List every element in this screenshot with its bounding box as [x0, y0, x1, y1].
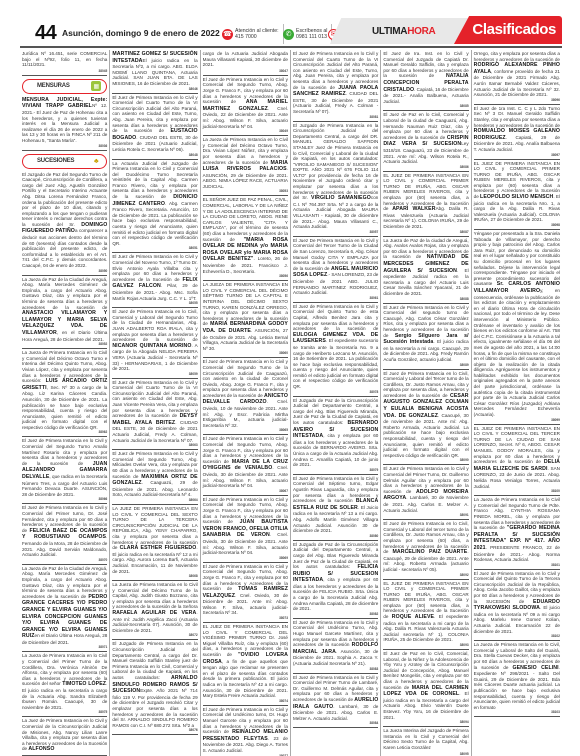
classified-ad: El Juez de Primera Instancia en lo Civil… — [383, 370, 468, 466]
page-header: 44 Asunción, domingo 9 de enero de 2022 … — [0, 0, 580, 46]
ad-code: 38074 — [203, 699, 288, 703]
ad-code: 38061 — [293, 296, 378, 300]
decedent-name: GENESIO CELINI — [512, 665, 558, 671]
ad-text-continued: y, en consecuencia, ordénase la publicac… — [474, 288, 560, 417]
classified-ad: Yéngase por presentado a la Sra. Daniela… — [474, 230, 560, 425]
classified-ad: El Juez de Ira. Inst. en lo Civil y Come… — [383, 50, 468, 111]
ad-code: 38073 — [203, 616, 288, 620]
ad-code: 38068 — [112, 574, 197, 578]
ad-code: 38062 — [22, 430, 107, 434]
classified-ad: EL JUEZ DE PRIMERA INSTANCIA EN LO CIVIL… — [203, 623, 288, 706]
page-number: 44 — [35, 22, 56, 45]
classified-ad: El Juez de Primera Instancia en lo Civil… — [203, 563, 288, 623]
classified-ad: El Juez de Primera Instancia en lo Civil… — [203, 496, 288, 563]
family-icon: ♣ — [91, 156, 101, 166]
classified-ad: La Jueza de Paz de la Ciudad de Areguá, … — [22, 276, 107, 350]
classified-ad: El Juez de Primera Instancia en lo Civil… — [203, 435, 288, 495]
ad-text: Jurídica Nº 16.451, serie COMERCIAL bajo… — [22, 51, 107, 67]
classified-ad: El Juez de Primera Instancia en lo Civil… — [474, 570, 560, 642]
classified-ad: El Juzgado de Primera Instancia en la Ci… — [112, 640, 197, 735]
ad-code: 38102 — [474, 634, 560, 638]
classified-ad: El Juzgado de Paz del Segundo Turno de C… — [22, 171, 107, 276]
ad-code: 38088 — [383, 297, 468, 301]
classified-ad: El Juez de Primera Instancia en lo Civil… — [203, 358, 288, 435]
classifieds-columns: Jurídica Nº 16.451, serie COMERCIAL bajo… — [20, 50, 562, 756]
ad-text: El Juez de Primera Instancia en lo Civil… — [112, 309, 197, 342]
ad-text-continued: . Expediente Nº 298/2021 - Salto Del Gua… — [474, 665, 560, 710]
ad-text: La Jueza Interina del Juzgado de Primera… — [383, 728, 468, 750]
ad-code: 38081 — [293, 115, 378, 119]
classified-ad: El Juez de Primera Instancia en lo Civil… — [293, 674, 378, 729]
ad-code: 38056 — [203, 274, 288, 278]
ad-code: 38093 — [383, 643, 468, 647]
decedent-name: TIMOTEO LÓPEZ — [62, 681, 106, 687]
ad-code: 38103 — [474, 710, 560, 714]
classified-ad: El Juez de Primera Instancia en lo Civil… — [203, 706, 288, 756]
ad-code: 38045 — [22, 69, 107, 73]
ad-code: 38059 — [112, 372, 197, 376]
classified-ad: El Juez de Primera Instancia en lo Civil… — [383, 304, 468, 370]
ad-code: 38086 — [383, 165, 468, 169]
ad-code: 38101 — [474, 563, 560, 567]
decedent-name: MARCELINO PAIZ DUARTE — [392, 549, 467, 555]
ad-code: 38066 — [22, 497, 107, 501]
classified-ad: El Juzgado de Paz de la Circunscripción … — [293, 397, 378, 475]
ad-code: 38090 — [383, 458, 468, 462]
ad-code: 38089 — [383, 363, 468, 367]
ad-text: cargo de la Actuaria Judicial Abogada Ma… — [203, 51, 288, 67]
section-banner: Clasificados — [454, 16, 562, 44]
section-header-sucesiones: SUCESIONES♣ — [22, 154, 107, 169]
classified-ad: EL JUEZ DE PRIMERA INSTANCIA EN LO CIVIL… — [383, 172, 468, 237]
classified-ad: La Jueza de Primera Instancia en lo Civi… — [474, 496, 560, 570]
ad-text-continued: , a fin de que aquellos que tengan algo … — [203, 659, 288, 699]
ad-code: 38063 — [112, 443, 197, 447]
classified-ad: MENSURA JUDICIAL, Expte: VIVIANI TRAPP G… — [22, 96, 107, 151]
ad-code: 38069 — [203, 556, 288, 560]
ad-code: 38100 — [474, 489, 560, 493]
ad-code: 38083 — [293, 667, 378, 671]
ad-text: LA JUEZ DE PRIMERA INSTANCIA EN LO CIVIL… — [112, 506, 197, 550]
whatsapp-icon: ✆ — [283, 29, 294, 40]
ad-code: 38065 — [203, 428, 288, 432]
classified-ad: El Juez de Paz en lo Civil, Comercial, L… — [383, 650, 468, 727]
ad-code: 38087 — [383, 230, 468, 234]
column-1: Jurídica Nº 16.451, serie COMERCIAL bajo… — [20, 50, 110, 756]
section-label: SUCESIONES — [37, 158, 74, 164]
classified-ad: El Juez de Primera Instancia en lo Civil… — [383, 465, 468, 520]
classified-ad: El Juez de Paz en lo Civil, Comercial y … — [383, 111, 468, 171]
classified-ad: El Juez de Primera Instancia en lo Civil… — [112, 379, 197, 451]
brand-banner: ULTIMAHORA Clasificados — [330, 16, 562, 44]
ad-code: 38078 — [293, 390, 378, 394]
ad-code: 38051 — [112, 246, 197, 250]
classified-ad: Jurídica Nº 16.451, serie COMERCIAL bajo… — [22, 50, 107, 76]
ad-code: 38080 — [293, 534, 378, 538]
classified-ad: El Juez De Primera Instancia en lo Civil… — [293, 237, 378, 303]
ad-code: 38085 — [383, 104, 468, 108]
ultimahora-logo: ULTIMAHORA — [372, 26, 435, 37]
section-header-mensuras: MENSURAS▦ — [22, 79, 107, 94]
decedent-name: ALFONSO — [28, 746, 54, 752]
customer-service-contact[interactable]: ☎ Atención al cliente: 415 7000 — [222, 24, 284, 44]
classified-ad: El Juez de Primera Instancia en lo Civil… — [293, 475, 378, 541]
ad-text: La Jueza de Primera Instancia en lo Civi… — [112, 582, 197, 609]
classified-ad: El Juez de Primera Instancia en lo Civil… — [112, 253, 197, 308]
ad-text-continued: . Caacupé, 30 de noviembre de 2021. Ante… — [383, 413, 468, 458]
decedent-name: VIRGILIO SAMANIEGO — [311, 195, 371, 201]
classified-ad: La Jueza de Primera Instancia en lo Civi… — [203, 136, 288, 196]
classified-ad: EL SEÑOR JUEZ DE PAZ PENAL, CIVIL, COMER… — [203, 196, 288, 281]
classified-ad: Orrego, cita y emplaza por sesenta días … — [474, 50, 560, 105]
classified-ad: La Juez de Primera Instancia en lo Civil… — [22, 717, 107, 756]
decedent-name: CLARA ESTHER FIGUEREDO — [120, 545, 197, 551]
column-4: El Juez de Primera Instancia en lo Civil… — [291, 50, 381, 756]
classified-ad: La Jueza de Paz de la Ciudad de Areguá, … — [22, 565, 107, 653]
ad-text-continued: en el Diario Última Hora Areguá, 28 de D… — [22, 633, 107, 645]
ad-code: 38072 — [112, 633, 197, 637]
ad-code: 38098 — [474, 223, 560, 227]
ad-text-continued: a comparecer a deducir sus acciones dent… — [22, 228, 107, 268]
ad-text: Yéngase por presentado a la Sra. Daniela… — [474, 231, 560, 286]
ad-code: 38082 — [293, 612, 378, 616]
classified-ad: LA JUEZA DE PRIMERA INSTANCIA EN LO CIVI… — [203, 281, 288, 358]
column-6: Orrego, cita y emplaza por sesenta días … — [472, 50, 562, 756]
classified-ad: El Juez de Primera Instancia en lo Civil… — [293, 50, 378, 122]
ad-text: El Juzgado de Paz del Segundo Turno de C… — [22, 172, 107, 227]
column-3: cargo de la Actuaria Judicial Abogada Ma… — [201, 50, 291, 756]
ad-text-continued: . Abg. Carmen Franco Rivero, Secretaria.… — [112, 201, 197, 246]
ad-code: 38050 — [22, 269, 107, 273]
classified-ad: El Juez de Primera Instancia en lo Civil… — [383, 520, 468, 579]
classified-ad: La Jueza de Paz de la ciudad de Areguá, … — [383, 237, 468, 304]
classified-ad: La Jueza Interina del Juzgado de Primera… — [383, 727, 468, 756]
ad-text-continued: . El expediente sucesorio se tramita ant… — [293, 338, 378, 389]
ad-text-continued: Expte. Año 2021 Nº 714 folio 119 V. Por … — [112, 688, 197, 728]
column-5: El Juez de Ira. Inst. en lo Civil y Come… — [381, 50, 471, 756]
ad-code: 38084 — [293, 721, 378, 725]
ad-code: 38095 — [383, 752, 468, 756]
ad-code: 38046 — [112, 87, 197, 91]
decedent-name: LEOPOLDO SILVIO MENSCH — [480, 194, 553, 200]
classified-ad: LA JUEZ DE PRIMERA INSTANCIA EN LO CIVIL… — [112, 505, 197, 581]
ad-code: 38036 — [22, 144, 107, 148]
ad-code: 38070 — [22, 558, 107, 562]
classified-ad: El Juez de 1ra Inst. C. C y L 2do Turno … — [474, 105, 560, 160]
ad-text-continued: , Sec. Nº 30 a cargo de la Abog. Liz Kar… — [22, 385, 107, 430]
ad-code: 38047 — [203, 69, 288, 73]
section-label: MENSURAS — [37, 83, 70, 89]
classified-ad: La Jueza de Primera Instancia en lo Civi… — [22, 349, 107, 437]
classified-ad: El Juzgado de Primera Instancia en la Ci… — [293, 122, 378, 237]
ad-text: El Juez de Primera Instancia en lo Civil… — [293, 304, 378, 331]
classified-ad: El Juez de Primera Instancia en lo Civil… — [112, 450, 197, 505]
ad-code: 38057 — [293, 230, 378, 234]
decedent-name: FELICIA BAEZ DE OCAMPOS Y ROBUSTIANO OCA… — [22, 528, 107, 541]
ad-text-continued: Nº 12. 2021.- El Juez de Paz de Hohenau … — [22, 103, 107, 143]
classified-ad: La Jueza de Primera Instancia en lo Civi… — [112, 581, 197, 640]
ad-code: 38071 — [22, 645, 107, 649]
classified-ad: El Juez de Primera Instancia en lo Civil… — [22, 504, 107, 564]
ad-code: 38079 — [293, 468, 378, 472]
contact-whatsapp[interactable]: 0981 111 013 — [296, 34, 327, 40]
header-divider — [20, 46, 562, 48]
classified-ad: MARTINEZ GOMEZ S/ SUCESIÓN INTESTADAEl j… — [112, 50, 197, 94]
ad-code: 38097 — [474, 153, 560, 157]
classified-ad: La Jueza de Primera Instancia en lo Civi… — [22, 652, 107, 717]
classified-ad: EL JUEZ DE PRIMERA INSTANCIA EN LO CIVIL… — [474, 425, 560, 497]
section-title: Clasificados — [472, 21, 556, 38]
ad-code: 38075 — [22, 710, 107, 714]
ad-code: 38049 — [203, 129, 288, 133]
classified-ad: El Juzgado de Paz de la Circunscripción … — [293, 541, 378, 619]
ad-code: 38067 — [203, 489, 288, 493]
classified-ad: El Juez de Primera Instancia en lo Civil… — [203, 76, 288, 136]
classified-ad: La Actuaria Judicial del Juzgado de Prim… — [112, 160, 197, 254]
ad-code: 38048 — [112, 153, 197, 157]
ad-code: 38092 — [383, 573, 468, 577]
ad-code: 38091 — [383, 513, 468, 517]
classified-ad: cargo de la Actuaria Judicial Abogada Ma… — [203, 50, 288, 76]
classified-ad: El Juez de Primera Instancia en lo Civil… — [293, 619, 378, 674]
ad-text-continued: . PRESIDENTE FRANCO, 22 de Diciembre de … — [474, 545, 560, 562]
phone-icon: ☎ — [222, 29, 233, 40]
classified-ad: EL JUEZ DE PRIMERA INSTANCIA EN LO CIVIL… — [383, 580, 468, 651]
ad-code: 38055 — [112, 301, 197, 305]
decedent-name: APARI WALKER — [392, 206, 435, 212]
classified-ad: El Juez de Primera Instancia en lo Civil… — [112, 308, 197, 379]
ad-code: 38052 — [22, 342, 107, 346]
classified-ad: El Juez de Primera Instancia en lo Civil… — [22, 437, 107, 504]
decedent-name: ROQUE ALIEVE — [392, 614, 434, 620]
classified-ad: El Juez de Primera Instancia en lo Civil… — [293, 303, 378, 397]
ad-code: 38053 — [203, 189, 288, 193]
ad-code: 38094 — [383, 720, 468, 724]
map-icon: ▦ — [91, 81, 101, 91]
ad-text: Orrego, cita y emplaza por sesenta días … — [474, 51, 560, 62]
ad-code: 38099 — [474, 418, 560, 422]
decedent-name: NICANOR QUINTANA MORINO — [112, 343, 191, 349]
classified-ad: El Juez de Primera Instancia en lo Civil… — [112, 94, 197, 160]
publication-date: Asunción, domingo 9 de enero de 2022 — [62, 28, 220, 38]
ad-code: 38064 — [112, 498, 197, 502]
decedent-name: RAFAELA AGUILAR DE VERA — [112, 610, 196, 616]
classified-ad: La Jueza de Primera Instancia en lo Civi… — [474, 641, 560, 717]
ad-code: 38060 — [203, 351, 288, 355]
ad-text: LA JUEZA DE PRIMERA INSTANCIA EN LO CIVI… — [203, 282, 288, 326]
ad-code: 38096 — [474, 98, 560, 102]
ad-text: La Jueza de Paz de la Ciudad de Areguá, … — [22, 277, 107, 310]
classified-ad: EL JUEZ DE PRIMERA INSTANCIA EN LO CIVIL… — [474, 160, 560, 231]
whatsapp-contact[interactable]: ✆ Escríbenos al 0981 111 013 — [283, 24, 332, 44]
ad-code: 38076 — [112, 728, 197, 732]
column-2: MARTINEZ GOMEZ S/ SUCESIÓN INTESTADAEl j… — [110, 50, 200, 756]
ad-text: El Juzgado de Primera Instancia en la Ci… — [293, 123, 378, 201]
ad-text: EL SEÑOR JUEZ DE PAZ PENAL, CIVIL, COMER… — [203, 197, 288, 241]
contact-phone[interactable]: 415 7000 — [235, 34, 257, 40]
ad-text: El Juez de 1ra Inst. C. C y L 2do Turno … — [474, 106, 560, 128]
